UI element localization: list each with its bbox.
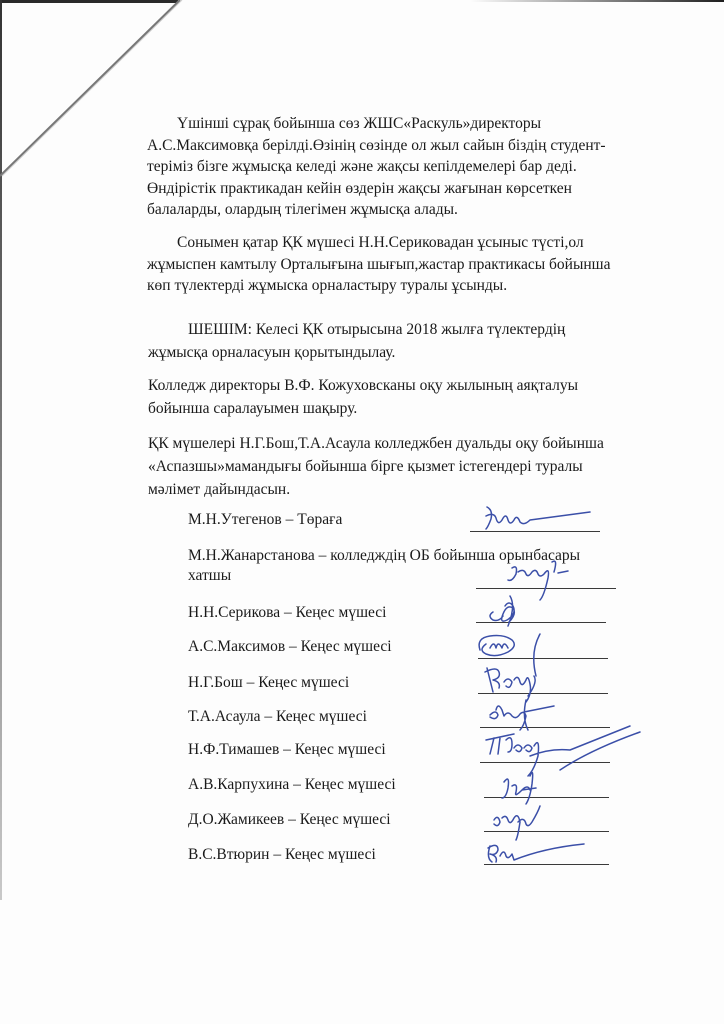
scan-edge-top-left: [0, 0, 178, 3]
signatory-row: Д.О.Жамикеев – Кеңес мүшесі: [188, 811, 391, 829]
signatory-row: М.Н.Утегенов – Төраға: [188, 511, 342, 529]
text-line: көп түлектерді жұмыска орналастыру турал…: [147, 275, 610, 297]
signatory-row: А.В.Карпухина – Кеңес мүшесі: [188, 776, 396, 794]
signature-line: [478, 658, 608, 659]
signatory-name: А.В.Карпухина – Кеңес мүшесі: [188, 776, 396, 793]
text-line: жұмыспен камтылу Орталығына шығып,жастар…: [147, 254, 610, 276]
paragraph-proposal: Сонымен қатар ҚК мүшесі Н.Н.Сериковадан …: [147, 232, 610, 297]
text-line: Колледж директоры В.Ф. Кожуховсканы оқу …: [148, 374, 578, 397]
signature-line: [484, 797, 609, 798]
dual-training-paragraph: ҚК мүшелері Н.Г.Бош,Т.А.Асаула колледжбе…: [148, 432, 604, 501]
text-line: балаларды, олардың тілегімен жұмысқа ала…: [147, 199, 606, 221]
signatory-row: Н.Г.Бош – Кеңес мүшесі: [188, 674, 349, 692]
signatory-name: М.Н.Утегенов – Төраға: [188, 511, 342, 528]
signature-line: [480, 762, 610, 763]
text-line: жұмысқа орналасуын қорытындылау.: [148, 341, 565, 364]
signatory-name: Д.О.Жамикеев – Кеңес мүшесі: [188, 811, 391, 828]
signatory-role-extra: хатшы: [188, 566, 580, 586]
decision-heading-line: ШЕШІМ: Келесі ҚК отырысына 2018 жылға тү…: [148, 318, 565, 341]
signatory-name: Н.Г.Бош – Кеңес мүшесі: [188, 674, 349, 691]
invite-paragraph: Колледж директоры В.Ф. Кожуховсканы оқу …: [148, 374, 578, 420]
signatory-name: А.С.Максимов – Кеңес мүшесі: [188, 638, 392, 655]
signature-line: [476, 588, 616, 589]
signature-line: [480, 727, 610, 728]
paragraph-third-question: Үшінші сұрақ бойынша сөз ЖШС«Раскуль»дир…: [147, 113, 606, 221]
signatory-row: М.Н.Жанарстанова – колледждің ОБ бойынша…: [188, 546, 580, 586]
signatory-row: Н.Н.Серикова – Кеңес мүшесі: [188, 604, 386, 622]
signatory-row: Т.А.Асаула – Кеңес мүшесі: [188, 708, 367, 726]
text-line: «Аспазшы»мамандығы бойынша бірге қызмет …: [148, 455, 604, 478]
text-line: мәлімет дайындасын.: [148, 478, 604, 501]
decision-paragraph: ШЕШІМ: Келесі ҚК отырысына 2018 жылға тү…: [148, 318, 565, 364]
text-line: теріміз бізге жұмысқа келеді және жақсы …: [147, 156, 606, 178]
signatory-row: Н.Ф.Тимашев – Кеңес мүшесі: [188, 741, 386, 759]
text-line: бойынша саралауымен шақыру.: [148, 397, 578, 420]
signatory-row: А.С.Максимов – Кеңес мүшесі: [188, 638, 392, 656]
signature-line: [484, 831, 609, 832]
text-line: Сонымен қатар ҚК мүшесі Н.Н.Сериковадан …: [147, 232, 610, 254]
text-line: А.С.Максимовқа берілді.Өзінің сөзінде ол…: [147, 135, 606, 157]
signature-line: [470, 531, 600, 532]
signatory-name: М.Н.Жанарстанова – колледждің ОБ бойынша…: [188, 546, 580, 566]
signatory-name: Н.Н.Серикова – Кеңес мүшесі: [188, 604, 386, 621]
signature-line: [478, 693, 608, 694]
text-line: ҚК мүшелері Н.Г.Бош,Т.А.Асаула колледжбе…: [148, 432, 604, 455]
signatory-name: Т.А.Асаула – Кеңес мүшесі: [188, 708, 367, 725]
scanned-page: Үшінші сұрақ бойынша сөз ЖШС«Раскуль»дир…: [0, 0, 724, 1024]
signatory-name: Н.Ф.Тимашев – Кеңес мүшесі: [188, 741, 386, 758]
text-line: Үшінші сұрақ бойынша сөз ЖШС«Раскуль»дир…: [147, 113, 606, 135]
signature-line: [476, 622, 606, 623]
text-line: Өндірістік практикадан кейін өздерін жақ…: [147, 178, 606, 200]
scan-edge-top-right: [470, 0, 724, 2]
signatory-name: В.С.Втюрин – Кеңес мүшесі: [188, 846, 376, 863]
scan-edge-left: [0, 0, 2, 900]
signatory-row: В.С.Втюрин – Кеңес мүшесі: [188, 846, 376, 864]
signature-line: [484, 864, 609, 865]
